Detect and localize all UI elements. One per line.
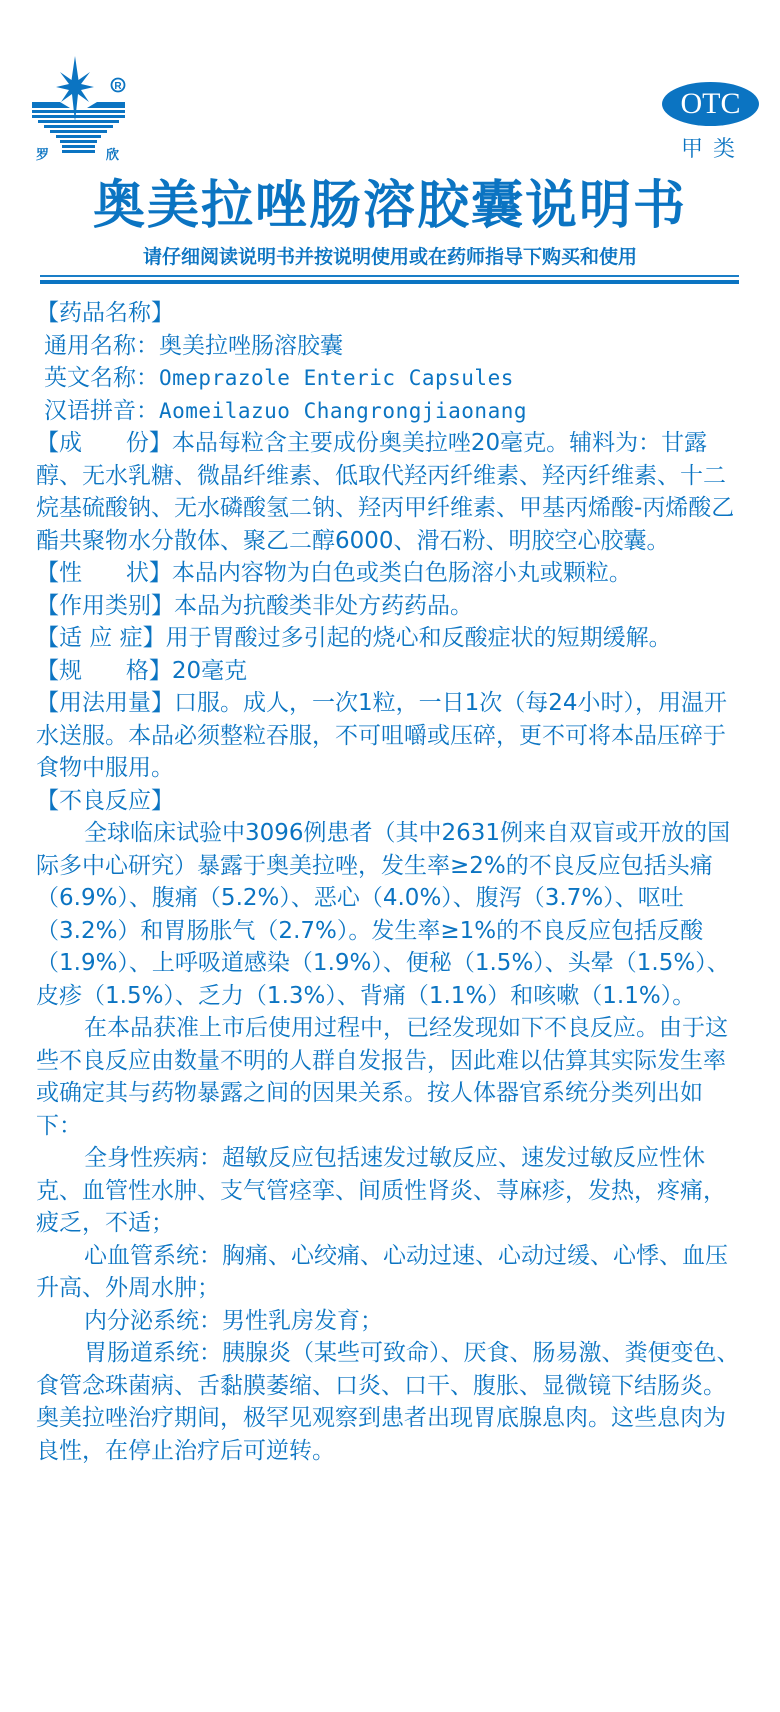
section-label: 【成 份】 (36, 430, 172, 456)
adverse-paragraph-systemic: 全身性疾病：超敏反应包括速发过敏反应、速发过敏反应性休克、血管性水肿、支气管痉挛… (36, 1142, 746, 1240)
otc-badge: OTC (662, 82, 759, 126)
section-specification: 【规 格】20毫克 (36, 655, 746, 688)
document-title: 奥美拉唑肠溶胶囊说明书 (0, 176, 780, 236)
english-name-value: Omeprazole Enteric Capsules (159, 366, 514, 390)
section-label: 【用法用量】 (36, 690, 174, 716)
section-label: 【规 格】 (36, 658, 172, 684)
divider-thin (40, 275, 739, 277)
section-text: 用于胃酸过多引起的烧心和反酸症状的短期缓解。 (166, 625, 672, 651)
brand-logo: R 罗 欣 (30, 52, 130, 164)
adverse-paragraph-cardiovascular: 心血管系统：胸痛、心绞痛、心动过速、心动过缓、心悸、血压升高、外周水肿； (36, 1240, 746, 1305)
section-text: 本品内容物为白色或类白色肠溶小丸或颗粒。 (172, 560, 632, 586)
section-text: 本品为抗酸类非处方药药品。 (174, 593, 473, 619)
section-category: 【作用类别】本品为抗酸类非处方药药品。 (36, 590, 746, 623)
generic-name-row: 通用名称：奥美拉唑肠溶胶囊 (36, 330, 746, 363)
section-text: 20毫克 (172, 658, 247, 684)
section-label: 【作用类别】 (36, 593, 174, 619)
section-label: 【药品名称】 (36, 297, 746, 330)
section-composition: 【成 份】本品每粒含主要成份奥美拉唑20毫克。辅料为：甘露醇、无水乳糖、微晶纤维… (36, 427, 746, 557)
generic-name-value: 奥美拉唑肠溶胶囊 (159, 333, 343, 359)
pinyin-name-value: Aomeilazuo Changrongjiaonang (159, 399, 527, 423)
adverse-paragraph-postmarketing: 在本品获准上市后使用过程中，已经发现如下不良反应。由于这些不良反应由数量不明的人… (36, 1012, 746, 1142)
svg-text:R: R (114, 81, 122, 92)
otc-class-label: 甲类 (678, 132, 748, 163)
section-label: 【性 状】 (36, 560, 172, 586)
english-name-row: 英文名称：Omeprazole Enteric Capsules (36, 362, 746, 395)
pinyin-name-row: 汉语拼音：Aomeilazuo Changrongjiaonang (36, 395, 746, 428)
section-adverse-reactions: 【不良反应】 全球临床试验中3096例患者（其中2631例来自双盲或开放的国际多… (36, 785, 746, 1468)
section-description: 【性 状】本品内容物为白色或类白色肠溶小丸或颗粒。 (36, 557, 746, 590)
pinyin-name-label: 汉语拼音： (44, 398, 159, 424)
document-subtitle: 请仔细阅读说明书并按说明使用或在药师指导下购买和使用 (0, 245, 780, 269)
brand-char-1: 罗 (36, 144, 49, 163)
adverse-paragraph-endocrine: 内分泌系统：男性乳房发育； (36, 1305, 746, 1338)
leaflet-body: 【药品名称】 通用名称：奥美拉唑肠溶胶囊 英文名称：Omeprazole Ent… (36, 297, 746, 1467)
english-name-label: 英文名称： (44, 365, 159, 391)
section-drug-name: 【药品名称】 通用名称：奥美拉唑肠溶胶囊 英文名称：Omeprazole Ent… (36, 297, 746, 427)
divider-thick (40, 280, 739, 284)
otc-badge-container: OTC (662, 82, 759, 126)
section-dosage: 【用法用量】口服。成人，一次1粒，一日1次（每24小时），用温开水送服。本品必须… (36, 687, 746, 785)
section-indications: 【适 应 症】用于胃酸过多引起的烧心和反酸症状的短期缓解。 (36, 622, 746, 655)
adverse-paragraph-clinical: 全球临床试验中3096例患者（其中2631例来自双盲或开放的国际多中心研究）暴露… (36, 817, 746, 1012)
section-label: 【适 应 症】 (36, 625, 166, 651)
brand-char-2: 欣 (106, 144, 119, 163)
adverse-paragraph-gastrointestinal: 胃肠道系统：胰腺炎（某些可致命）、厌食、肠易激、粪便变色、食管念珠菌病、舌黏膜萎… (36, 1337, 746, 1467)
generic-name-label: 通用名称： (44, 333, 159, 359)
section-label: 【不良反应】 (36, 785, 746, 818)
